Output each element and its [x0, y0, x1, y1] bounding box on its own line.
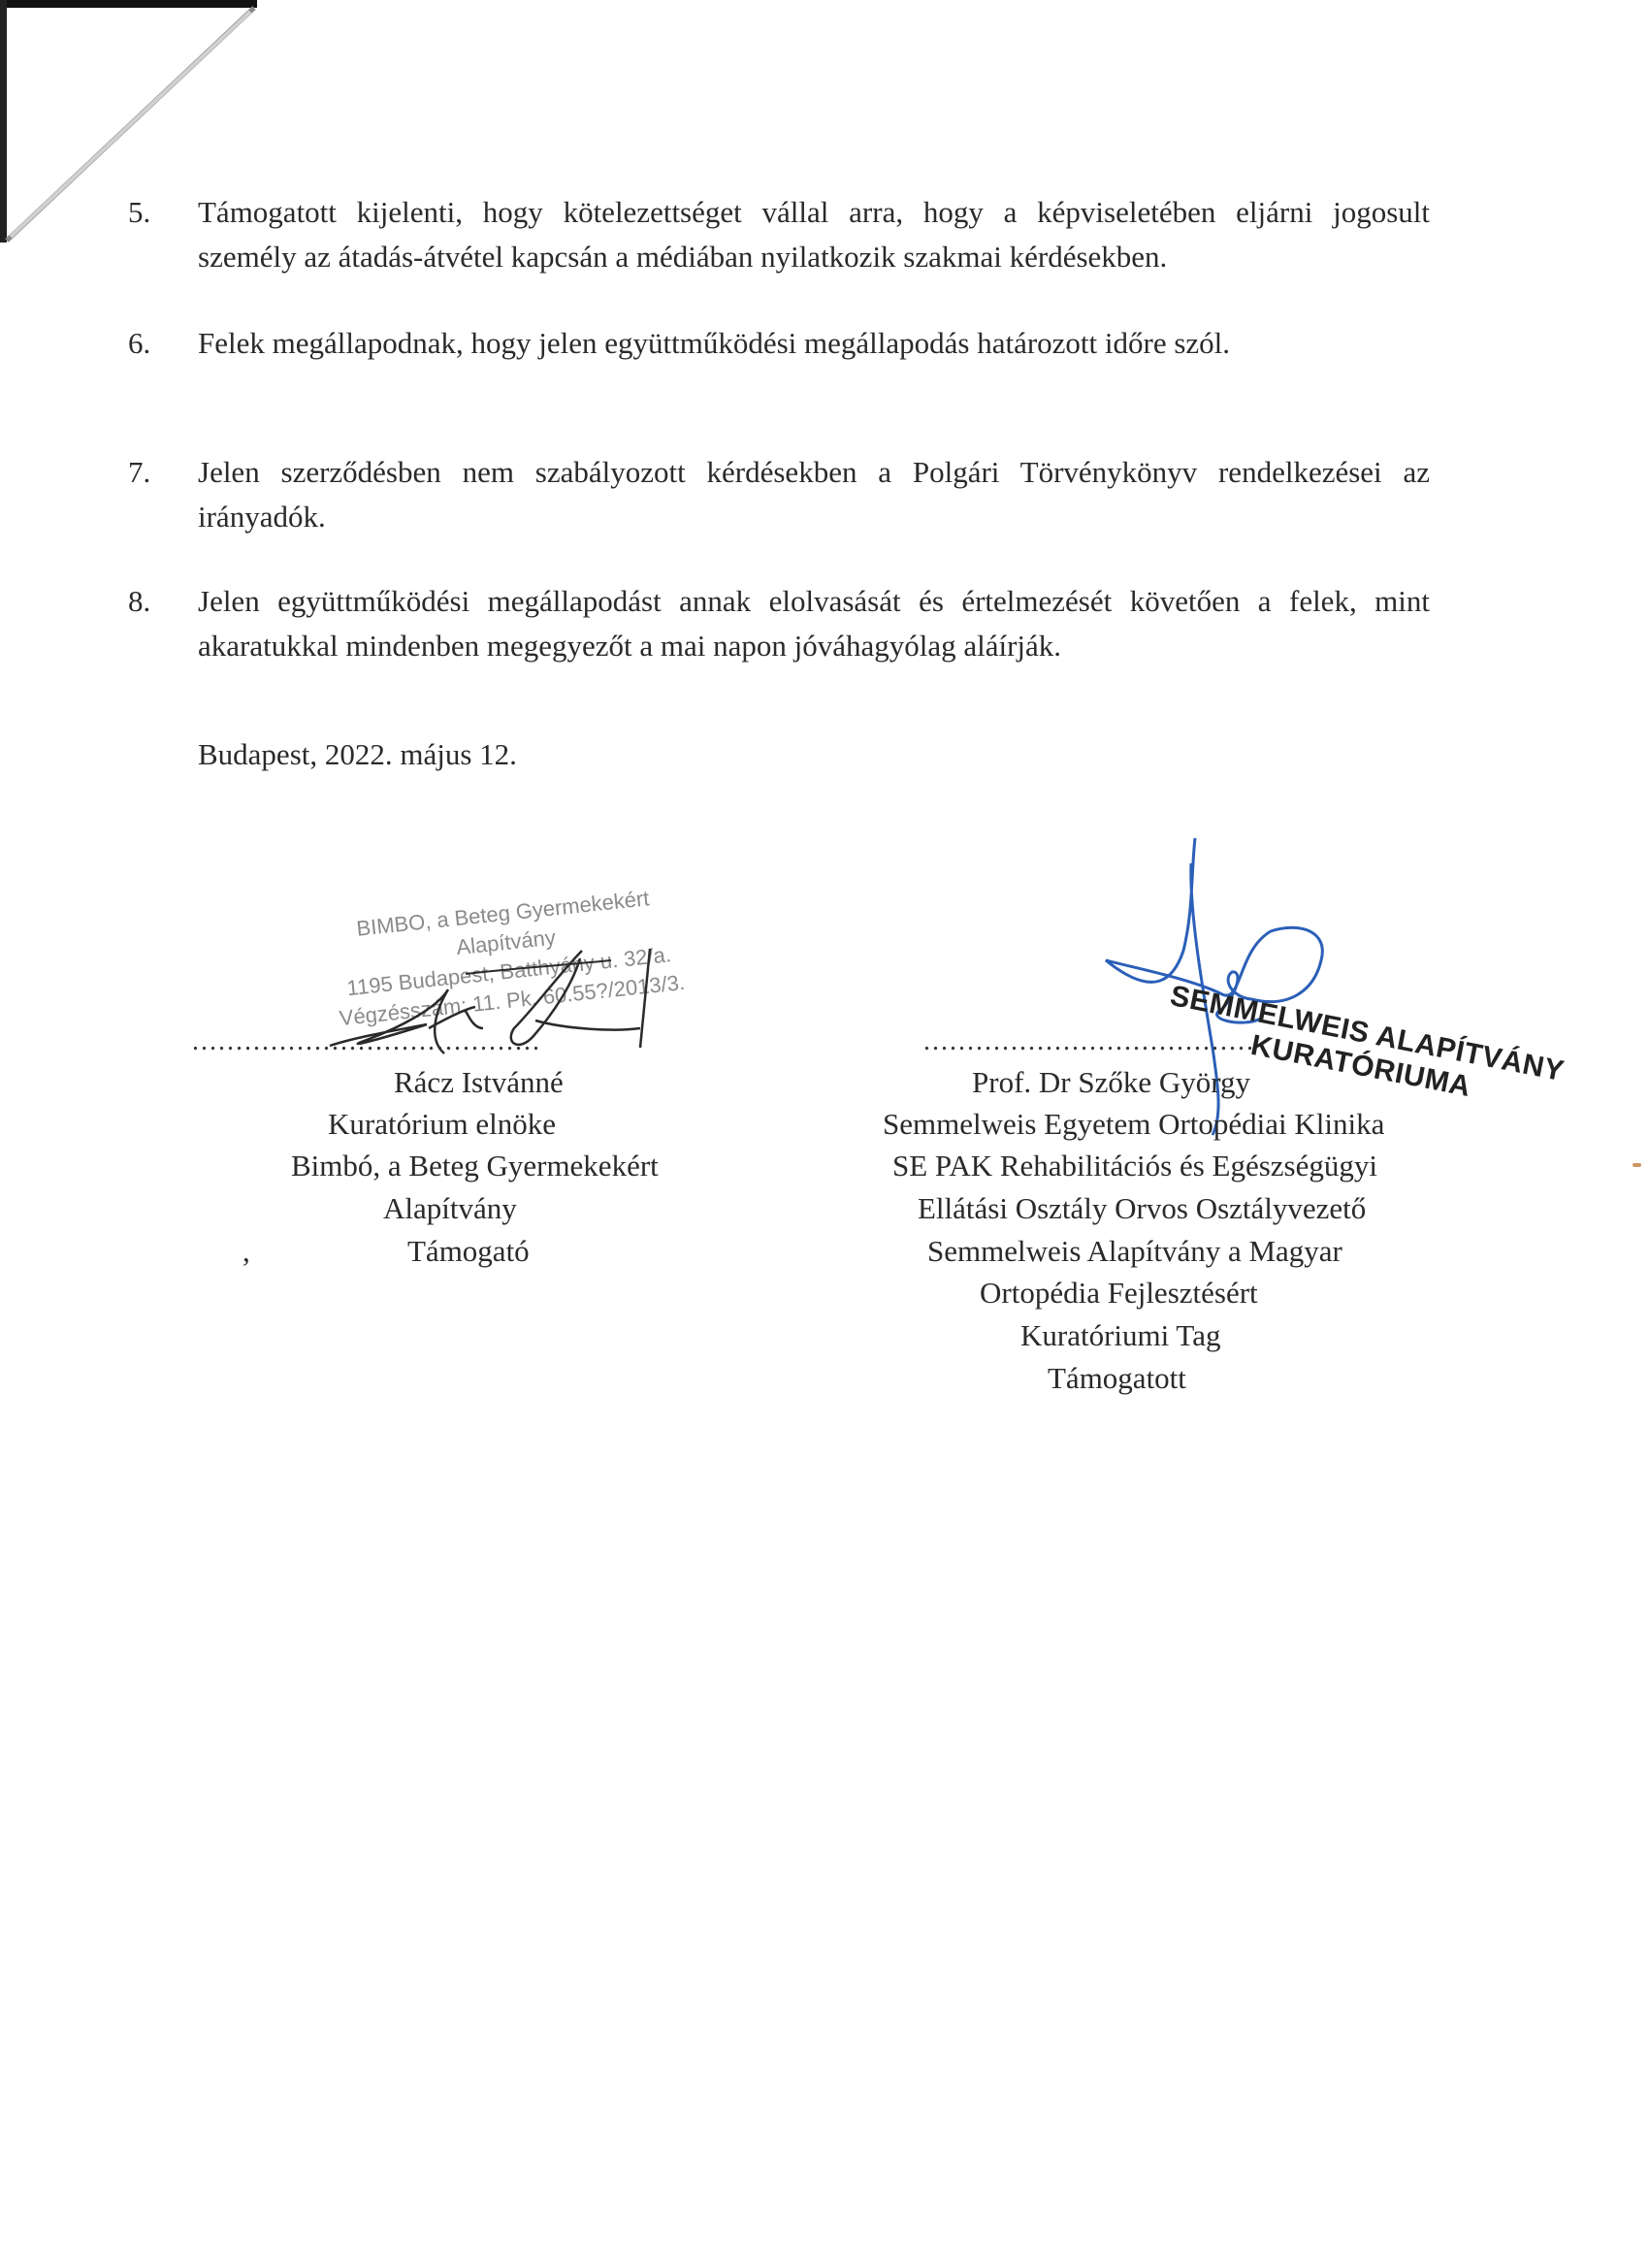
signatory-name-left: Rácz Istvánné [394, 1061, 564, 1104]
clause-text: Jelen együttműködési megállapodást annak… [198, 579, 1430, 668]
signatory-title-right-6: Kuratóriumi Tag [1020, 1314, 1220, 1357]
signatory-title-right-3: Ellátási Osztály Orvos Osztályvezető [918, 1187, 1366, 1230]
signatory-title-left: Kuratórium elnöke [328, 1103, 556, 1146]
clause-number: 7. [128, 450, 150, 495]
clause-number: 8. [128, 579, 150, 624]
signature-line-right: ...................................... [923, 1026, 1255, 1057]
signatory-title-right-5: Ortopédia Fejlesztésért [980, 1272, 1258, 1314]
signatory-org-left-2: Alapítvány [383, 1187, 517, 1230]
scan-speck [1633, 1163, 1641, 1167]
clause-text: Jelen szerződésben nem szabályozott kérd… [198, 450, 1430, 539]
place-and-date: Budapest, 2022. május 12. [198, 737, 517, 772]
clause-text: Támogatott kijelenti, hogy kötelezettség… [198, 190, 1430, 279]
signatory-title-right-2: SE PAK Rehabilitációs és Egészségügyi [892, 1145, 1377, 1187]
signatory-title-right-1: Semmelweis Egyetem Ortopédiai Klinika [883, 1103, 1384, 1146]
signature-line-left: ........................................ [192, 1026, 541, 1057]
signatory-role-right: Támogatott [1048, 1357, 1186, 1400]
clause-text: Felek megállapodnak, hogy jelen együttmű… [198, 321, 1430, 366]
signatory-role-left: Támogató [407, 1230, 530, 1273]
clause-number: 6. [128, 321, 150, 366]
clause-number: 5. [128, 190, 150, 235]
signatory-org-left: Bimbó, a Beteg Gyermekekért [291, 1145, 659, 1187]
signatory-title-right-4: Semmelweis Alapítvány a Magyar [927, 1230, 1342, 1273]
stray-comma: , [242, 1230, 250, 1273]
signatory-name-right: Prof. Dr Szőke György [972, 1061, 1250, 1104]
